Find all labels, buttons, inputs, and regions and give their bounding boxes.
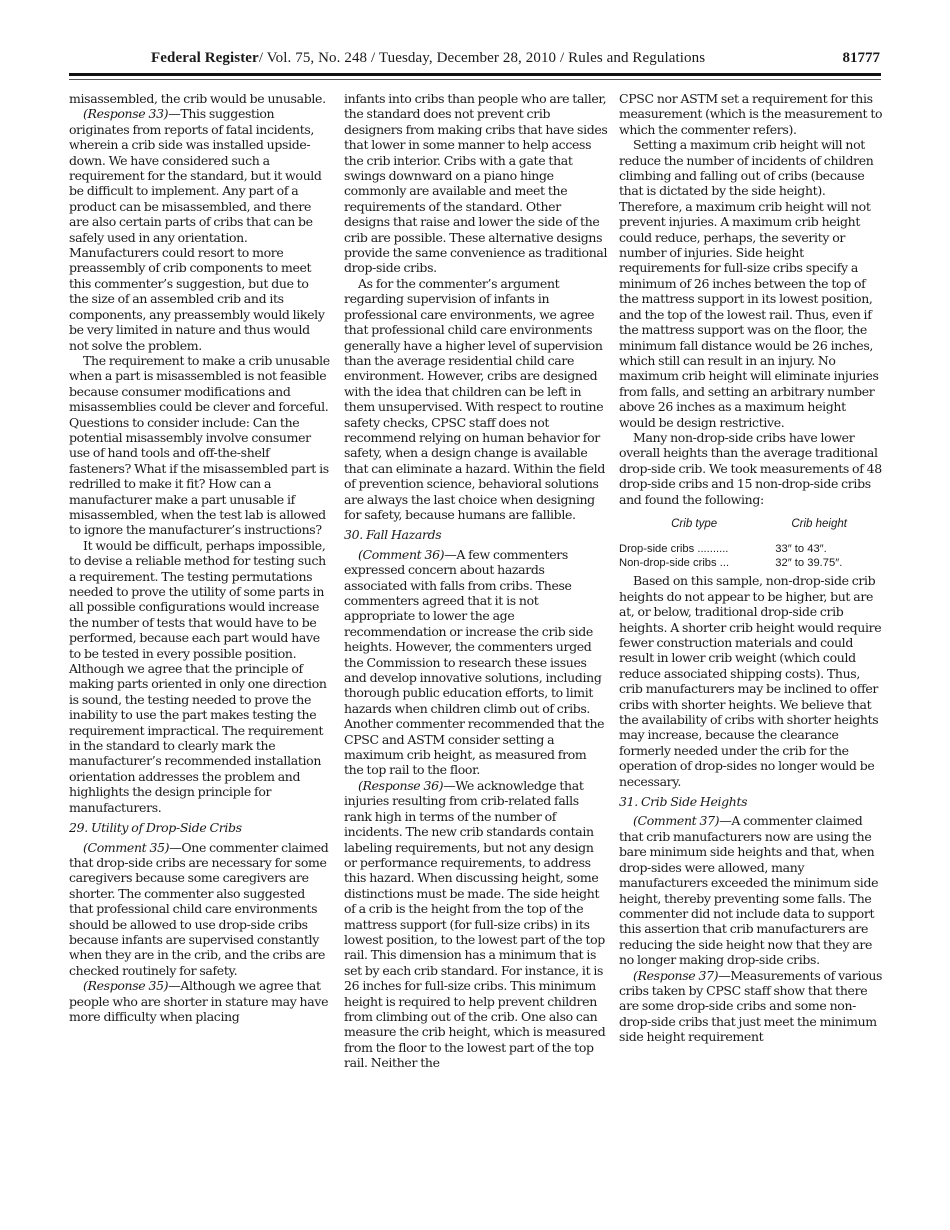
column-header: Crib type — [619, 517, 769, 543]
paragraph-text: —A few commenters expressed concern abou… — [344, 547, 604, 778]
response-label: (Response 36) — [358, 778, 443, 793]
paragraph: CPSC nor ASTM set a requirement for this… — [619, 91, 883, 137]
response-label: (Response 33) — [83, 106, 168, 121]
table-row: Non-drop-side cribs ... 32″ to 39.75″. — [619, 557, 869, 571]
table-header-row: Crib type Crib height — [619, 517, 869, 543]
response-label: (Response 37) — [633, 968, 718, 983]
comment-label: (Comment 35) — [83, 840, 169, 855]
paragraph: It would be difficult, perhaps impossibl… — [69, 538, 331, 815]
header-citation: Federal Register/ Vol. 75, No. 248 / Tue… — [151, 50, 705, 67]
section-heading: 29. Utility of Drop-Side Cribs — [69, 820, 331, 835]
publication-title: Federal Register — [151, 50, 259, 66]
paragraph: (Comment 35)—One commenter claimed that … — [69, 840, 331, 979]
paragraph: Setting a maximum crib height will not r… — [619, 137, 883, 430]
running-header: Federal Register/ Vol. 75, No. 248 / Tue… — [70, 50, 880, 72]
column-1: misassembled, the crib would be unusable… — [69, 91, 331, 1024]
paragraph: (Response 33)—This suggestion originates… — [69, 106, 331, 353]
issue-info: / Vol. 75, No. 248 / Tuesday, December 2… — [259, 50, 705, 66]
section-heading: 30. Fall Hazards — [344, 527, 608, 542]
column-2: infants into cribs than people who are t… — [344, 91, 608, 1071]
paragraph: (Response 36)—We acknowledge that injuri… — [344, 778, 608, 1071]
crib-height-cell: 33″ to 43″. — [769, 543, 869, 557]
paragraph: (Response 35)—Although we agree that peo… — [69, 978, 331, 1024]
comment-label: (Comment 37) — [633, 813, 719, 828]
paragraph-text: —This suggestion originates from reports… — [69, 106, 325, 352]
crib-height-cell: 32″ to 39.75″. — [769, 557, 869, 571]
paragraph: (Comment 36)—A few commenters expressed … — [344, 547, 608, 778]
paragraph: (Comment 37)—A commenter claimed that cr… — [619, 813, 883, 967]
paragraph-text: —We acknowledge that injuries resulting … — [344, 778, 605, 1070]
page-number: 81777 — [843, 50, 881, 67]
table-row: Drop-side cribs .......... 33″ to 43″. — [619, 543, 869, 557]
paragraph-text: —One commenter claimed that drop-side cr… — [69, 840, 328, 978]
column-header: Crib height — [769, 517, 869, 543]
column-3: CPSC nor ASTM set a requirement for this… — [619, 91, 883, 1045]
crib-height-table: Crib type Crib height Drop-side cribs ..… — [619, 517, 869, 570]
paragraph: The requirement to make a crib unusable … — [69, 353, 331, 538]
header-rule-thin — [69, 79, 881, 80]
paragraph-text: —A commenter claimed that crib manufactu… — [619, 813, 878, 967]
paragraph: Many non-drop-side cribs have lower over… — [619, 430, 883, 507]
crib-type-cell: Drop-side cribs .......... — [619, 543, 769, 557]
paragraph: As for the commenter’s argument regardin… — [344, 276, 608, 523]
paragraph: (Response 37)—Measurements of various cr… — [619, 968, 883, 1045]
paragraph: infants into cribs than people who are t… — [344, 91, 608, 276]
comment-label: (Comment 36) — [358, 547, 444, 562]
paragraph: misassembled, the crib would be unusable… — [69, 91, 331, 106]
crib-type-cell: Non-drop-side cribs ... — [619, 557, 769, 571]
response-label: (Response 35) — [83, 978, 168, 993]
header-rule-thick — [69, 73, 881, 76]
paragraph: Based on this sample, non-drop-side crib… — [619, 573, 883, 789]
section-heading: 31. Crib Side Heights — [619, 794, 883, 809]
